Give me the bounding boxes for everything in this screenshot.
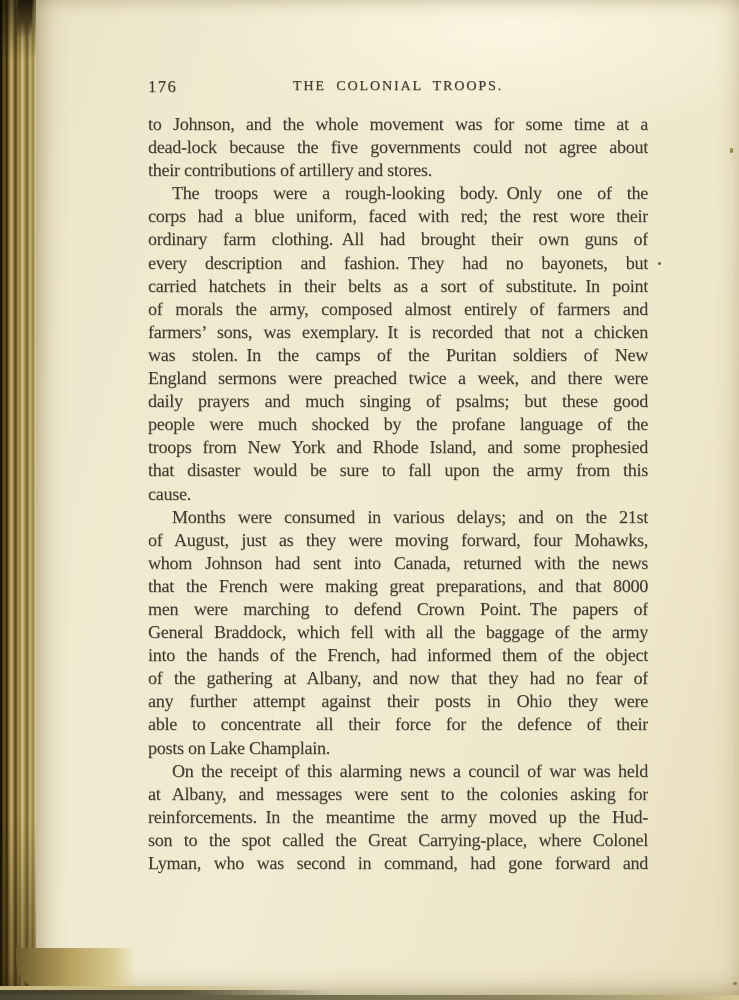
book-left-page-edges [0,0,40,1000]
book-page: 176 THE COLONIAL TROOPS. to Johnson, and… [36,0,739,996]
text-line: people were much shocked by the profane … [148,413,648,436]
text-line: every description and fashion. They had … [148,252,648,275]
scan-speck [730,148,733,153]
text-line: daily prayers and much singing of psalms… [148,390,648,413]
text-line: was stolen. In the camps of the Puritan … [148,344,648,367]
text-line: able to concentrate all their force for … [148,713,648,736]
text-line: dead-lock because the five governments c… [148,136,648,159]
text-line: of the gathering at Albany, and now that… [148,667,648,690]
text-line: cause. [148,483,648,506]
paragraph: On the receipt of this alarming news a c… [148,760,648,875]
text-line: The troops were a rough-looking body. On… [148,182,648,205]
paragraph: to Johnson, and the whole movement was f… [148,113,648,182]
scan-speck [733,982,737,985]
text-line: reinforcements. In the meantime the army… [148,806,648,829]
text-line: that the French were making great prepar… [148,575,648,598]
text-line: troops from New York and Rhode Island, a… [148,436,648,459]
book-bottom-edge-line [0,995,739,1000]
running-header: THE COLONIAL TROOPS. [148,77,648,95]
page-header: 176 THE COLONIAL TROOPS. [148,77,648,97]
text-line: whom Johnson had sent into Canada, retur… [148,552,648,575]
text-line: that disaster would be sure to fall upon… [148,459,648,482]
text-line: men were marching to defend Crown Point.… [148,598,648,621]
text-line: ordinary farm clothing. All had brought … [148,228,648,251]
text-line: Months were consumed in various delays; … [148,506,648,529]
text-line: corps had a blue uniform, faced with red… [148,205,648,228]
paragraph: The troops were a rough-looking body. On… [148,182,648,505]
text-line: farmers’ sons, was exemplary. It is reco… [148,321,648,344]
text-line: son to the spot called the Great Carryin… [148,829,648,852]
paragraph: Months were consumed in various delays; … [148,506,648,760]
text-line: carried hatchets in their belts as a sor… [148,275,648,298]
text-line: England sermons were preached twice a we… [148,367,648,390]
text-line: General Braddock, which fell with all th… [148,621,648,644]
text-block: to Johnson, and the whole movement was f… [148,113,648,875]
binding-shadow-top-left [16,0,33,38]
text-line: of morals the army, composed almost enti… [148,298,648,321]
text-line: their contributions of artillery and sto… [148,159,648,182]
text-line: to Johnson, and the whole movement was f… [148,113,648,136]
scan-speck [658,262,661,265]
book-scan: 176 THE COLONIAL TROOPS. to Johnson, and… [0,0,739,1000]
text-line: posts on Lake Champlain. [148,737,648,760]
text-line: On the receipt of this alarming news a c… [148,760,648,783]
text-line: into the hands of the French, had inform… [148,644,648,667]
text-line: any further attempt against their posts … [148,690,648,713]
text-line: of August, just as they were moving forw… [148,529,648,552]
text-line: at Albany, and messages were sent to the… [148,783,648,806]
page-number: 176 [148,77,177,97]
text-line: Lyman, who was second in command, had go… [148,852,648,875]
